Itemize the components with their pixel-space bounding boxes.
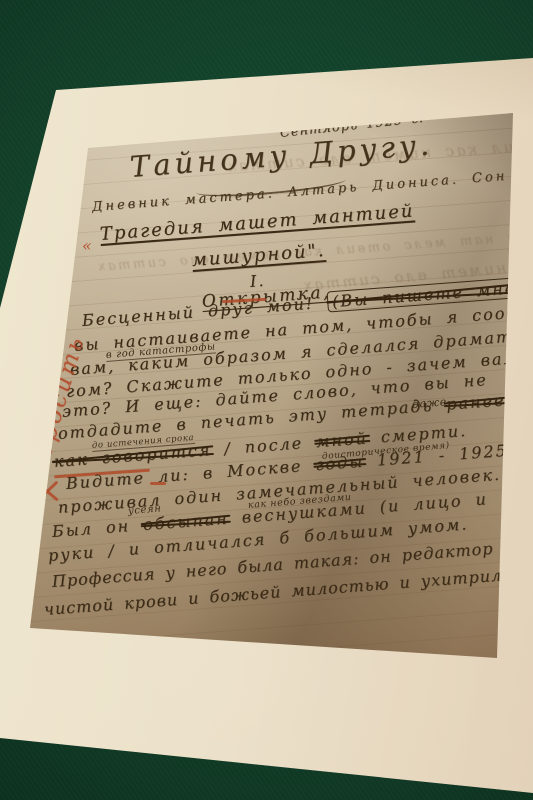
- crossed-out-word: ранее: [446, 390, 507, 413]
- red-quote-mark: «: [82, 236, 92, 255]
- body-text: / после: [211, 432, 317, 459]
- exhibit-photo: тлм ескви нат мелс отвил кас нимет вло с…: [0, 0, 533, 800]
- epigraph-line-2: мишурной".: [191, 240, 326, 271]
- body-text: Был он: [51, 515, 143, 541]
- body-text: (и лицо и: [379, 489, 488, 516]
- red-dash-mark: [150, 482, 166, 485]
- crossed-out-word: годы: [315, 452, 365, 475]
